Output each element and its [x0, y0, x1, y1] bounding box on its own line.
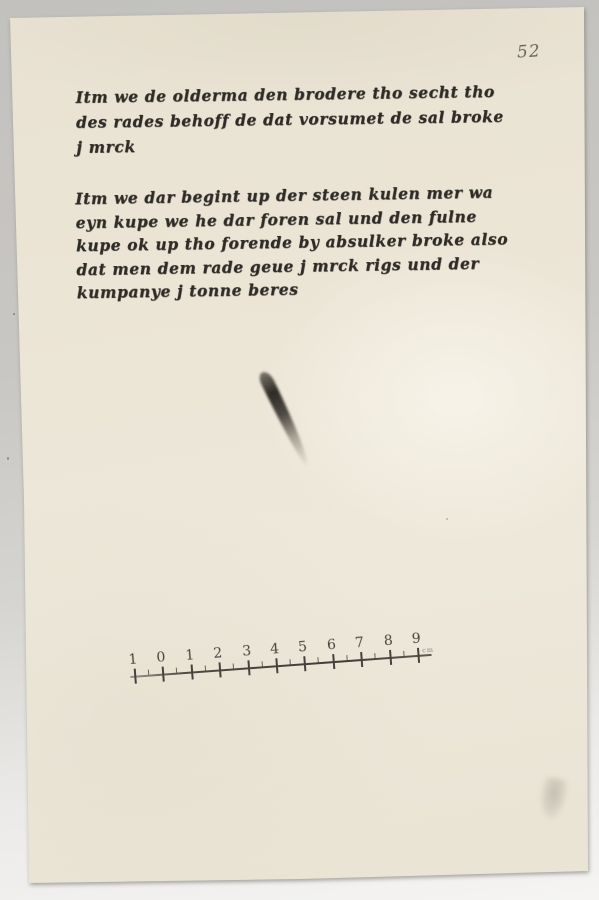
scale-number: 3 [239, 643, 254, 660]
paper-speck [7, 457, 9, 460]
scale-number: 6 [324, 637, 339, 654]
scale-tick-minor [374, 653, 376, 658]
scale-number: 5 [295, 639, 310, 656]
scale-unit-label: cm [422, 646, 434, 655]
scale-tick-minor [148, 670, 150, 675]
manuscript-page: 52 Itm we de olderma den brodere tho sec… [0, 0, 599, 900]
handwritten-line: kumpanye j tonne beres [77, 275, 477, 305]
folio-number: 52 [516, 41, 541, 63]
scale-number: 8 [381, 633, 396, 650]
scale-tick-minor [289, 659, 291, 664]
paper-speck [446, 518, 448, 520]
scan-background: 52 Itm we de olderma den brodere tho sec… [0, 0, 599, 900]
scale-number: 7 [352, 635, 367, 652]
measuring-scale: 1 0 1 2 3 4 5 6 7 8 9 cm [128, 617, 443, 686]
scale-tick-minor [233, 663, 235, 668]
scale-baseline [130, 654, 431, 678]
scale-number: 1 [126, 651, 141, 668]
scale-tick-minor [205, 665, 207, 670]
scale-tick-minor [317, 657, 319, 662]
scale-number: 2 [210, 645, 225, 662]
scale-tick-minor [403, 651, 405, 656]
paper-speck [13, 313, 15, 315]
ink-blot [257, 369, 314, 468]
scale-tick-minor [262, 661, 264, 666]
scale-number: 4 [267, 641, 282, 658]
scale-number: 1 [182, 647, 197, 664]
scale-number: 0 [153, 649, 168, 666]
handwritten-paragraph-2: Itm we dar begint up der steen kulen mer… [75, 181, 477, 305]
scale-tick-minor [176, 668, 178, 673]
stain-smudge [537, 776, 570, 822]
scale-tick-minor [346, 655, 348, 660]
scale-number: 9 [409, 630, 424, 647]
handwritten-paragraph-1: Itm we de olderma den brodere tho secht … [75, 79, 476, 160]
photo-paper: 52 Itm we de olderma den brodere tho sec… [0, 0, 599, 900]
